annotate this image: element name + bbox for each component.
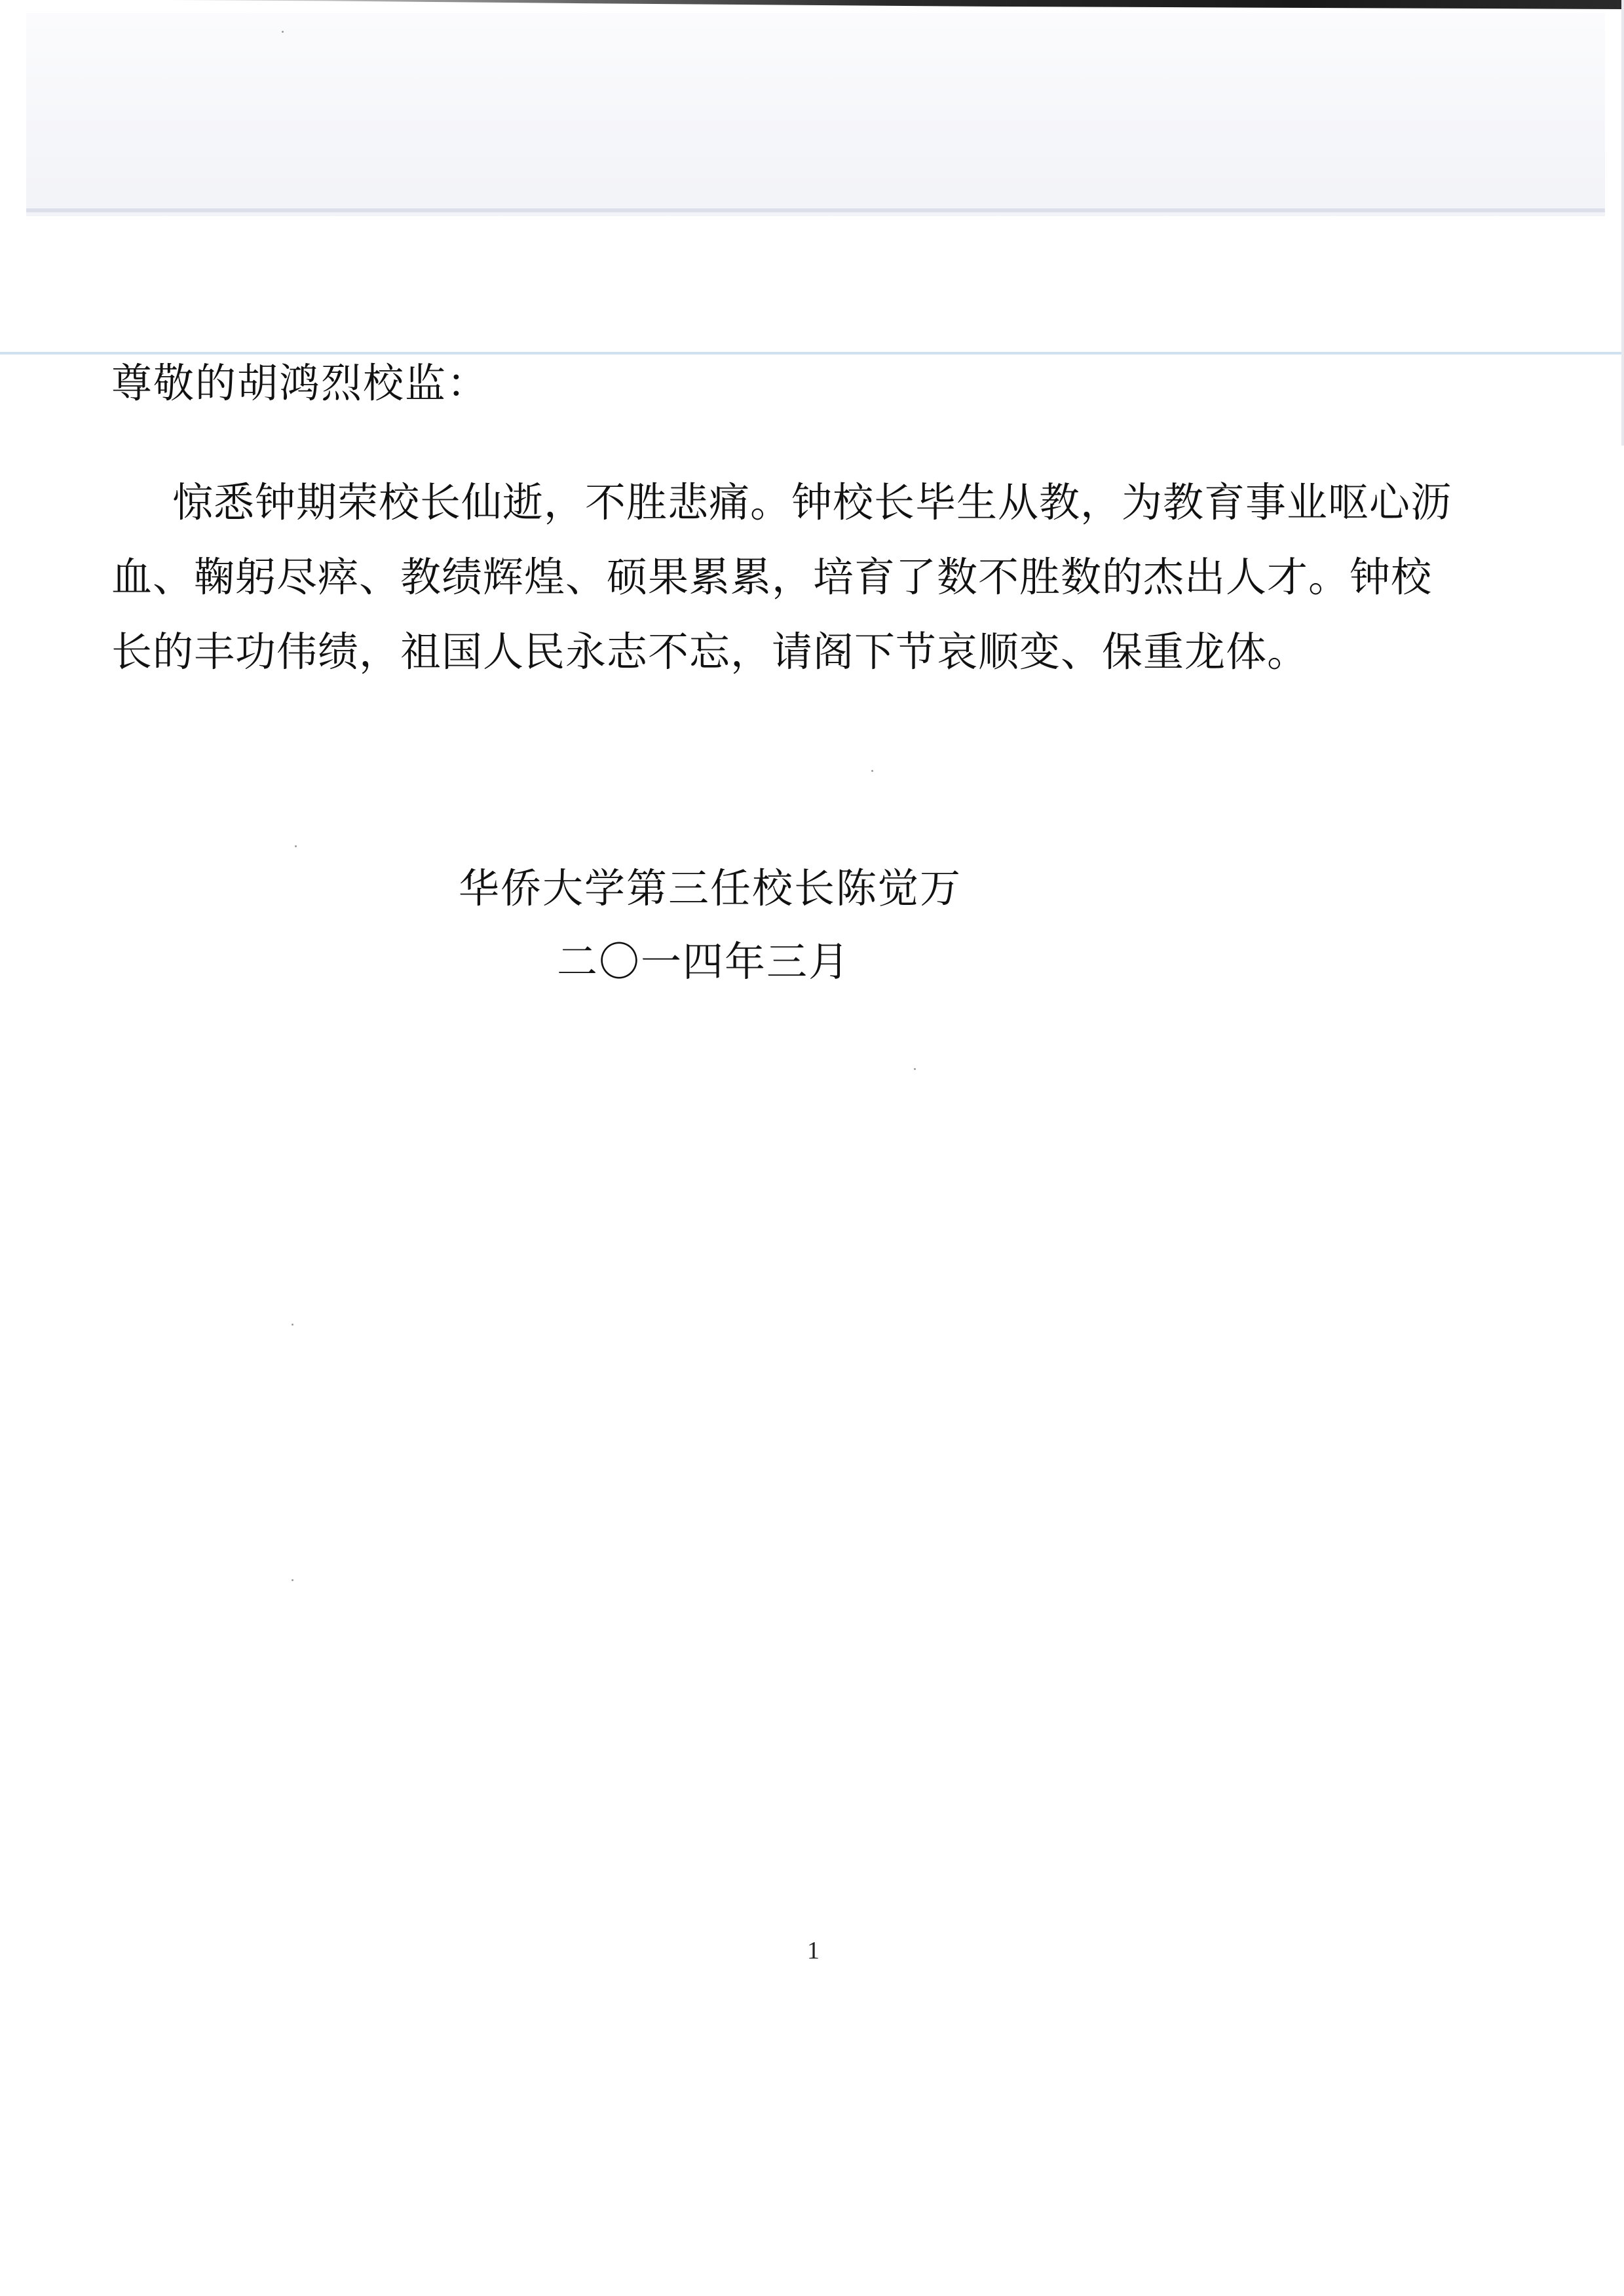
scan-speck <box>914 1068 916 1070</box>
letter-body-line: 血、鞠躬尽瘁、教绩辉煌、硕果累累，培育了数不胜数的杰出人才。钟校 <box>111 540 1520 615</box>
scan-header-band <box>26 13 1605 216</box>
scan-top-edge-artifact <box>0 0 1624 9</box>
letter-body-line: 惊悉钟期荣校长仙逝，不胜悲痛。钟校长毕生从教，为教育事业呕心沥 <box>111 465 1520 540</box>
scan-speck <box>282 31 284 33</box>
signature-date: 二〇一四年三月 <box>459 925 962 999</box>
letter-body: 惊悉钟期荣校长仙逝，不胜悲痛。钟校长毕生从教，为教育事业呕心沥 血、鞠躬尽瘁、教… <box>111 465 1520 689</box>
scan-speck <box>871 770 873 772</box>
scan-speck <box>292 1324 293 1326</box>
letter-salutation: 尊敬的胡鸿烈校监： <box>111 354 489 413</box>
signature-author: 华侨大学第三任校长陈觉万 <box>459 864 962 912</box>
scan-speck <box>295 845 297 847</box>
letter-signature-block: 华侨大学第三任校长陈觉万 二〇一四年三月 <box>459 852 962 999</box>
page-number: 1 <box>807 1936 820 1965</box>
scan-band-edge <box>26 208 1605 212</box>
scan-right-edge <box>1621 0 1624 446</box>
scan-speck <box>292 1579 293 1581</box>
letter-body-line: 长的丰功伟绩，祖国人民永志不忘，请阁下节哀顺变、保重龙体。 <box>111 615 1520 689</box>
